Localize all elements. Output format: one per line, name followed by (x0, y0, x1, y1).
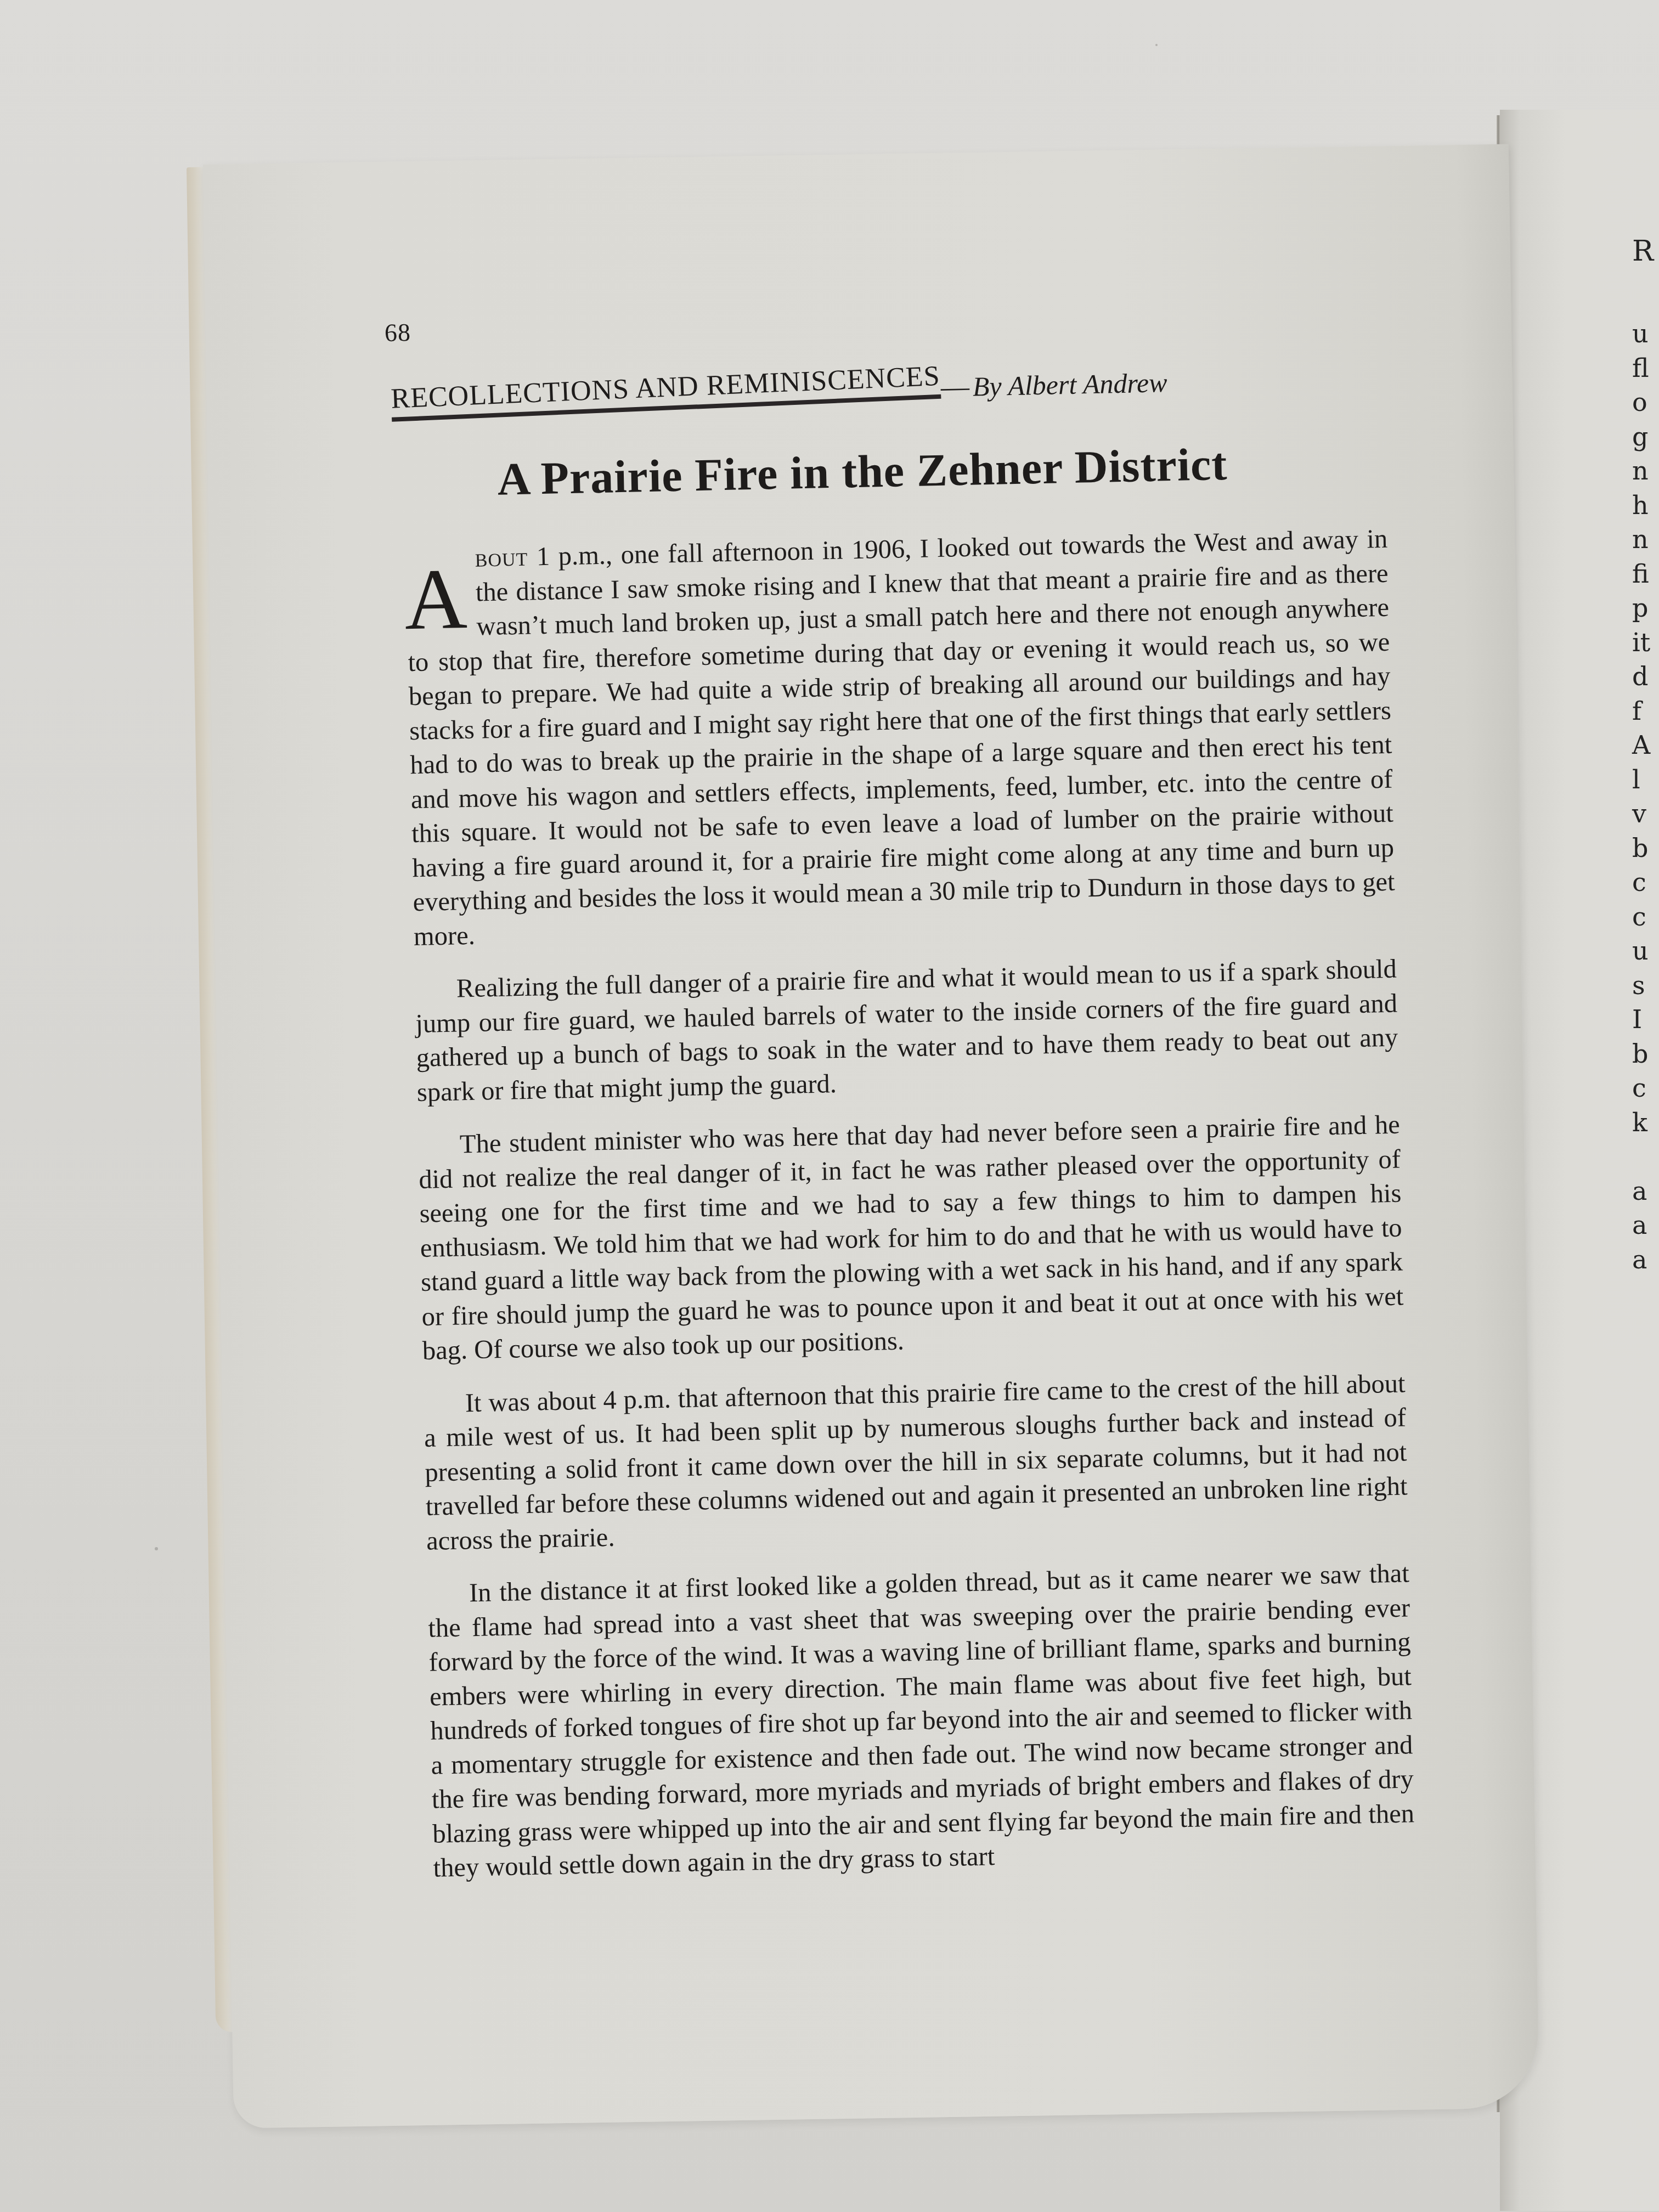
right-page-line-fragment: g (1632, 424, 1648, 449)
opening-small-caps: bout (475, 543, 528, 573)
right-page-line-fragment: c (1632, 904, 1646, 929)
opening-text: 1 p.m., one fall afternoon in 1906, I lo… (408, 524, 1395, 951)
right-page-line-fragment: a (1632, 1178, 1647, 1204)
right-page-line-fragment: n (1632, 458, 1649, 483)
drop-cap: A (404, 563, 468, 636)
right-page-line-fragment: u (1632, 321, 1649, 346)
paragraph-5: In the distance it at first looked like … (427, 1556, 1415, 1886)
dust-speck (1155, 44, 1158, 46)
right-page-line-fragment: b (1632, 1041, 1648, 1066)
right-page-line-fragment: u (1632, 938, 1649, 963)
right-page-line-fragment: I (1632, 1007, 1642, 1032)
byline: By Albert Andrew (972, 367, 1167, 402)
right-page-line-fragment: A (1632, 732, 1650, 758)
series-separator: — (940, 371, 969, 403)
right-page-line-fragment: a (1632, 1247, 1647, 1272)
right-page-line-fragment: f (1632, 698, 1641, 724)
right-page-line-fragment: c (1632, 870, 1646, 895)
paragraph-2: Realizing the full danger of a prairie f… (414, 952, 1399, 1110)
right-page-line-fragment: v (1632, 801, 1646, 826)
photo-scene: R uflognhnfipitdfAlvbccusIbckaaa 68 RECO… (0, 0, 1659, 2212)
paragraph-4: It was about 4 p.m. that afternoon that … (423, 1367, 1408, 1559)
paragraph-1: About 1 p.m., one fall afternoon in 1906… (405, 522, 1396, 954)
right-page-line-fragment: o (1632, 390, 1647, 415)
article-body: About 1 p.m., one fall afternoon in 1906… (405, 522, 1416, 1904)
right-page-line-fragment: d (1632, 664, 1648, 689)
right-page-line-fragment: fi (1632, 561, 1649, 586)
right-page-line-fragment: it (1632, 630, 1650, 655)
right-page-line-fragment: b (1632, 836, 1648, 861)
right-page-line-fragment: l (1632, 767, 1640, 792)
right-page-line-fragment: p (1632, 595, 1648, 620)
right-page-header-fragment: R (1632, 237, 1654, 266)
dust-speck (155, 1547, 158, 1550)
right-page-line-fragment: s (1632, 973, 1645, 998)
right-page-line-fragment: a (1632, 1212, 1647, 1238)
right-page-line-fragment: n (1632, 527, 1649, 552)
right-page-line-fragment: k (1632, 1110, 1647, 1135)
paragraph-3: The student minister who was here that d… (417, 1108, 1404, 1369)
right-page-line-fragment: fl (1632, 356, 1649, 381)
page-number: 68 (384, 318, 411, 347)
right-page-line-fragment: c (1632, 1075, 1646, 1101)
right-page-line-fragment: h (1632, 493, 1649, 518)
